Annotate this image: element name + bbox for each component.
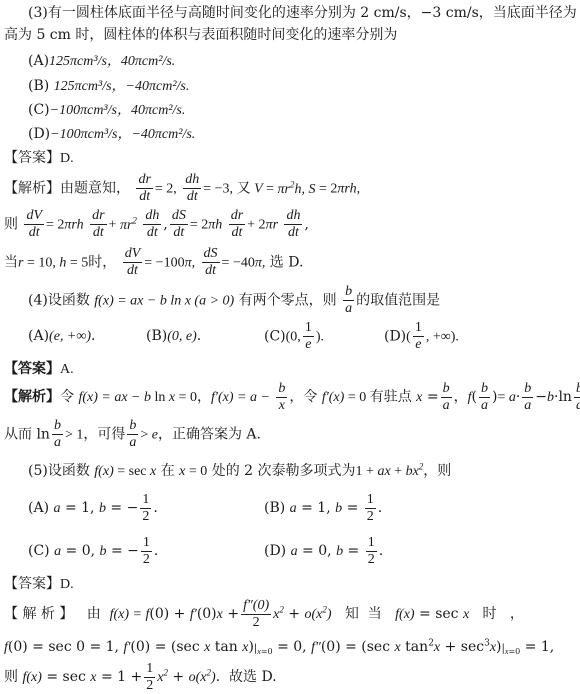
option-label: (D) bbox=[384, 329, 406, 345]
fraction-1-e: 1e bbox=[413, 320, 424, 353]
q3-option-d: (D)−100πcm³/s，−40πcm²/s. bbox=[28, 125, 195, 144]
fraction-1-2: 12 bbox=[366, 535, 377, 568]
q4-stem-prefix: (4)设函数 bbox=[28, 293, 90, 309]
option-label: (D) bbox=[28, 126, 50, 142]
analysis-prefix: 当 bbox=[4, 255, 18, 271]
q5-option-b: (B) a = 1, b = 12. bbox=[264, 490, 382, 527]
q4-option-a: (A)(e, +∞). bbox=[28, 320, 95, 353]
option-label: (C) bbox=[264, 329, 286, 345]
option-label: (D) bbox=[264, 543, 286, 559]
q4-stem-suffix: 的取值范围是 bbox=[356, 293, 440, 309]
q4-stem: (4)设函数 f(x) = ax − b ln x (a > 0) 有两个零点，… bbox=[28, 284, 440, 316]
q3-stem-line1: (3)有一圆柱体底面半径与高随时间变化的速率分别为 2 cm/s，−3 cm/s… bbox=[28, 4, 580, 22]
q5-option-d: (D) a = 0, b = 12. bbox=[264, 533, 383, 570]
answer-value: D. bbox=[60, 577, 74, 592]
fraction-1-2: 12 bbox=[144, 661, 155, 694]
fraction-dS-dt: dSdt bbox=[202, 246, 220, 279]
q3-analysis-line1: 【解析】由题意知， drdt= 2, dhdt= −3, 又 V = πr2h,… bbox=[4, 172, 360, 202]
fraction-1-2: 12 bbox=[141, 535, 152, 568]
fraction-dr-dt: drdt bbox=[229, 208, 245, 241]
q4-option-b: (B)(0, e). bbox=[146, 320, 201, 353]
q3-stem-text-1: (3)有一圆柱体底面半径与高随时间变化的速率分别为 2 cm/s，−3 cm/s… bbox=[28, 5, 580, 21]
q5-options-row1: (A) a = 1, b = −12. (B) a = 1, b = 12. bbox=[28, 490, 568, 526]
q5-options-row2: (C) a = 0, b = −12. (D) a = 0, b = 12. bbox=[28, 533, 568, 569]
q5-stem-prefix: (5)设函数 bbox=[28, 463, 90, 479]
fraction-1-2: 12 bbox=[140, 492, 151, 525]
analysis-tag: 【解析】 bbox=[4, 389, 60, 405]
q3-analysis-line2: 则 dVdt= 2πrh drdt+ πr2 dhdt,dSdt= 2πh dr… bbox=[4, 208, 309, 240]
option-label: (A) bbox=[28, 53, 49, 69]
q3-stem-line2: 高为 5 cm 时，圆柱体的体积与表面积随时间变化的速率分别为 bbox=[4, 26, 397, 44]
fraction-b-x: bx bbox=[276, 381, 287, 414]
q5-stem-suffix: ，则 bbox=[423, 463, 451, 479]
q4-stem-mid: 有两个零点，则 bbox=[239, 293, 337, 309]
answer-tag: 【答案】 bbox=[4, 150, 60, 166]
q4-option-d: (D)(1e, +∞). bbox=[384, 320, 459, 354]
q5-option-a: (A) a = 1, b = −12. bbox=[28, 490, 158, 527]
option-label: (B) bbox=[264, 500, 285, 516]
fraction-b-a: ba bbox=[343, 284, 354, 317]
fraction-b-a: ba bbox=[479, 381, 490, 414]
q5-analysis-line3: 则 f(x) = sec x = 1 +12x2 + o(x2). 故选 D. bbox=[4, 660, 277, 694]
option-text: −100πcm³/s，−40πcm²/s. bbox=[50, 127, 195, 142]
option-label: (A) bbox=[28, 328, 49, 344]
fraction-dV-dt: dVdt bbox=[24, 208, 44, 241]
fraction-1-2: 12 bbox=[365, 492, 376, 525]
fraction-f2-0-over-2: f″(0)2 bbox=[241, 598, 271, 631]
answer-value: D. bbox=[60, 151, 74, 166]
option-label: (B) bbox=[146, 328, 167, 344]
q5-stem-mid1: 在 bbox=[161, 463, 175, 479]
q3-answer: 【答案】D. bbox=[4, 149, 74, 168]
fraction-dr-dt: drdt bbox=[90, 208, 106, 241]
analysis-tag: 【解析】 bbox=[4, 181, 60, 197]
fraction-dh-dt: dhdt bbox=[143, 208, 161, 241]
fraction-b-a: ba bbox=[522, 381, 533, 414]
q3-option-a: (A)125πcm³/s，40πcm²/s. bbox=[28, 52, 175, 71]
option-text: 125πcm³/s，40πcm²/s. bbox=[49, 54, 175, 69]
option-label: (B) bbox=[28, 78, 49, 94]
fraction-1-e: 1e bbox=[303, 320, 314, 353]
option-label: (C) bbox=[28, 102, 50, 118]
q3-stem-text-2: 高为 5 cm 时，圆柱体的体积与表面积随时间变化的速率分别为 bbox=[4, 27, 397, 43]
answer-tag: 【答案】 bbox=[4, 576, 60, 592]
analysis-prefix: 则 bbox=[4, 217, 18, 233]
analysis-prefix: 由题意知， bbox=[60, 181, 130, 197]
q5-answer: 【答案】D. bbox=[4, 575, 74, 594]
fraction-dV-dt: dVdt bbox=[123, 246, 143, 279]
fraction-b-a: ba bbox=[574, 381, 580, 414]
answer-tag: 【答案】 bbox=[4, 361, 60, 377]
q4-options: (A)(e, +∞). (B)(0, e). (C)(0,1e). (D)(1e… bbox=[28, 320, 568, 352]
fraction-b-a: ba bbox=[52, 418, 63, 451]
q4-analysis-line2: 从而 lnba> 1，可得ba> e，正确答案为 A. bbox=[4, 418, 261, 450]
q3-option-b: (B) 125πcm³/s，−40πcm²/s. bbox=[28, 77, 189, 96]
option-text: 125πcm³/s，−40πcm²/s. bbox=[54, 79, 190, 94]
option-text: −100πcm³/s，40πcm²/s. bbox=[50, 103, 186, 118]
q3-analysis-line3: 当r = 10, h = 5时， dVdt= −100π, dSdt= −40π… bbox=[4, 246, 303, 278]
q4-function: f(x) = ax − b ln x (a > 0) bbox=[94, 294, 234, 309]
fraction-dh-dt: dhdt bbox=[284, 208, 302, 241]
answer-value: A. bbox=[60, 362, 74, 377]
q4-option-c: (C)(0,1e). bbox=[264, 320, 324, 354]
q4-analysis-line1: 【解析】令 f(x) = ax − b ln x = 0，f′(x) = a −… bbox=[4, 380, 580, 414]
fraction-dh-dt: dhdt bbox=[183, 172, 201, 205]
q5-option-c: (C) a = 0, b = −12. bbox=[28, 533, 158, 570]
fraction-b-a: ba bbox=[441, 381, 452, 414]
analysis-tag: 【 解 析 】 bbox=[4, 606, 73, 622]
fraction-dS-dt: dSdt bbox=[170, 208, 188, 241]
fraction-dr-dt: drdt bbox=[136, 172, 152, 205]
option-label: (A) bbox=[28, 500, 49, 516]
fraction-b-a: ba bbox=[127, 418, 138, 451]
q5-stem-mid2: 处的 2 次泰勒多项式为 bbox=[212, 463, 356, 479]
q4-answer: 【答案】A. bbox=[4, 360, 74, 379]
option-label: (C) bbox=[28, 543, 50, 559]
q3-option-c: (C)−100πcm³/s，40πcm²/s. bbox=[28, 101, 185, 120]
q5-stem: (5)设函数 f(x) = sec x 在 x = 0 处的 2 次泰勒多项式为… bbox=[28, 462, 451, 481]
q5-analysis-line2: f(0) = sec 0 = 1, f′(0) = (sec x tan x)|… bbox=[4, 638, 554, 661]
q5-analysis-line1: 【 解 析 】 由 f(x) = f(0) + f′(0)x +f″(0)2x2… bbox=[4, 596, 576, 632]
